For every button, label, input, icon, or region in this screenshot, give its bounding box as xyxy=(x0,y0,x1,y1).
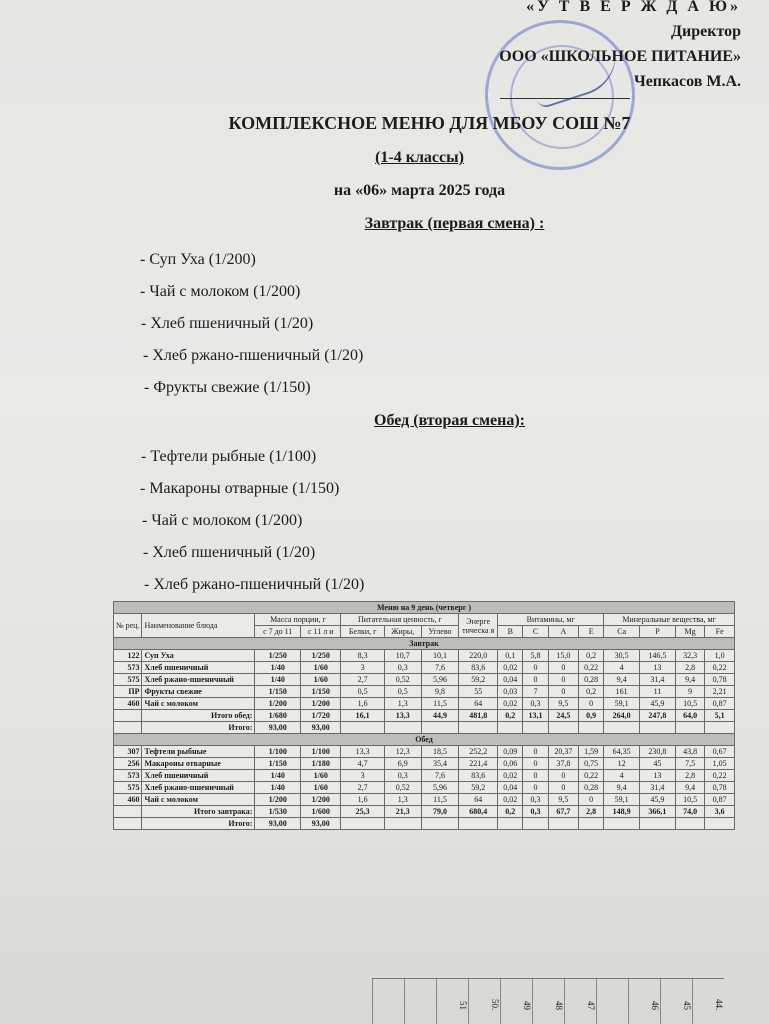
table-cell: 575 xyxy=(114,782,142,794)
col-mineral: Fe xyxy=(705,626,735,638)
table-cell: 11,5 xyxy=(421,698,458,710)
breakfast-item: - Хлеб пшеничный (1/20) xyxy=(141,315,313,333)
table-cell xyxy=(705,818,735,830)
table-cell: 9,4 xyxy=(604,674,640,686)
table-cell: 13,1 xyxy=(523,710,548,722)
table-cell: 0,2 xyxy=(498,710,523,722)
lunch-item: - Макароны отварные (1/150) xyxy=(140,480,339,498)
approval-heading: «У Т В Е Р Ж Д А Ю» xyxy=(499,0,741,19)
sheet-column xyxy=(372,979,404,1024)
table-row: 122Суп Уха1/2501/2508,310,710,1220,00,15… xyxy=(114,650,735,662)
document-page: «У Т В Е Р Ж Д А Ю» Директор ООО «ШКОЛЬН… xyxy=(0,0,769,1024)
col-fat: Жиры, xyxy=(384,626,421,638)
col-vitamin: A xyxy=(548,626,579,638)
table-cell: 18,5 xyxy=(421,746,458,758)
table-cell: 0,75 xyxy=(579,758,604,770)
table-cell: 11,5 xyxy=(421,794,458,806)
table-cell: 0,03 xyxy=(498,686,523,698)
table-cell: 45 xyxy=(640,758,676,770)
table-cell: 59,2 xyxy=(459,674,498,686)
table-cell: 0,04 xyxy=(498,782,523,794)
table-cell xyxy=(523,722,548,734)
breakfast-item: - Фрукты свежие (1/150) xyxy=(144,379,311,397)
table-row: 573Хлеб пшеничный1/401/6030,37,683,60,02… xyxy=(114,662,735,674)
grades: (1-4 классы) xyxy=(0,149,769,167)
lunch-item: - Тефтели рыбные (1/100) xyxy=(141,448,316,466)
table-cell: 256 xyxy=(114,758,142,770)
table-cell: 307 xyxy=(114,746,142,758)
table-cell: 32,3 xyxy=(675,650,705,662)
table-cell xyxy=(498,722,523,734)
table-cell: 0,5 xyxy=(341,686,384,698)
lunch-item: - Хлеб ржано-пшеничный (1/20) xyxy=(144,576,364,594)
table-row: 575Хлеб ржано-пшеничный1/401/602,70,525,… xyxy=(114,782,735,794)
table-cell: Хлеб пшеничный xyxy=(142,770,255,782)
table-cell xyxy=(459,722,498,734)
table-row: 307Тефтели рыбные1/1001/10013,312,318,52… xyxy=(114,746,735,758)
table-cell: 0,3 xyxy=(384,662,421,674)
table-cell xyxy=(705,722,735,734)
sheet-column: 51 xyxy=(436,979,468,1024)
table-cell: 0,78 xyxy=(705,782,735,794)
table-cell: 0 xyxy=(548,782,579,794)
table-cell: 64 xyxy=(459,794,498,806)
table-cell: 8,3 xyxy=(341,650,384,662)
table-cell: 1/40 xyxy=(255,674,301,686)
table-cell: 230,8 xyxy=(640,746,676,758)
table-cell: 1/150 xyxy=(255,758,301,770)
table-cell xyxy=(421,722,458,734)
table-cell xyxy=(579,818,604,830)
table-cell: 1,05 xyxy=(705,758,735,770)
table-cell: 1/200 xyxy=(255,794,301,806)
table-cell xyxy=(498,818,523,830)
table-cell: 9,4 xyxy=(604,782,640,794)
table-cell: 680,4 xyxy=(459,806,498,818)
table-cell: 573 xyxy=(114,662,142,674)
table-cell: 1/40 xyxy=(255,662,301,674)
table-cell xyxy=(604,722,640,734)
table-cell: 64,0 xyxy=(675,710,705,722)
table-cell: 575 xyxy=(114,674,142,686)
table-cell: 122 xyxy=(114,650,142,662)
table-cell: 2,7 xyxy=(341,782,384,794)
table-cell: 0 xyxy=(579,794,604,806)
date-line: на «06» марта 2025 года xyxy=(0,182,769,200)
table-cell: 1/250 xyxy=(301,650,341,662)
table-cell: 1/150 xyxy=(301,686,341,698)
table-cell: 21,3 xyxy=(384,806,421,818)
col-vitamin: B xyxy=(498,626,523,638)
table-cell: 31,4 xyxy=(640,782,676,794)
table-cell: 67,7 xyxy=(548,806,579,818)
table-cell: 25,3 xyxy=(341,806,384,818)
table-cell: 0,52 xyxy=(384,782,421,794)
table-cell: 1/60 xyxy=(301,770,341,782)
table-cell xyxy=(675,818,705,830)
table-cell: 24,5 xyxy=(548,710,579,722)
table-cell: 5,96 xyxy=(421,782,458,794)
table-cell xyxy=(114,818,142,830)
table-cell: 11 xyxy=(640,686,676,698)
total-row: Итого:93,0093,00 xyxy=(114,818,735,830)
table-cell xyxy=(640,722,676,734)
table-cell: 20,37 xyxy=(548,746,579,758)
table-cell: 2,8 xyxy=(675,770,705,782)
table-cell: 10,5 xyxy=(675,794,705,806)
table-cell: 35,4 xyxy=(421,758,458,770)
table-cell: 9,4 xyxy=(675,674,705,686)
table-cell: 45,9 xyxy=(640,794,676,806)
table-cell: Чай с молоком xyxy=(142,794,255,806)
table-cell xyxy=(459,818,498,830)
table-cell: 161 xyxy=(604,686,640,698)
table-cell: 1/200 xyxy=(301,794,341,806)
col-mineral: Mg xyxy=(675,626,705,638)
col-vitamins: Витамины, мг xyxy=(498,614,604,626)
underlying-sheet: 5150.494847464544. xyxy=(372,978,724,1024)
table-cell: 1/680 xyxy=(255,710,301,722)
table-cell: 366,1 xyxy=(640,806,676,818)
sheet-column xyxy=(404,979,436,1024)
breakfast-item: - Чай с молоком (1/200) xyxy=(140,283,300,301)
document-title: КОМПЛЕКСНОЕ МЕНЮ ДЛЯ МБОУ СОШ №7 xyxy=(0,113,769,134)
table-cell: 247,8 xyxy=(640,710,676,722)
table-cell: 6,9 xyxy=(384,758,421,770)
table-cell: 0,28 xyxy=(579,674,604,686)
table-cell: 0 xyxy=(523,662,548,674)
table-cell: 9,4 xyxy=(675,782,705,794)
table-cell: 0,04 xyxy=(498,674,523,686)
table-cell: 16,1 xyxy=(341,710,384,722)
table-cell: 59,2 xyxy=(459,782,498,794)
sheet-column: 45 xyxy=(660,979,692,1024)
table-cell: 1/60 xyxy=(301,782,341,794)
col-mass-b: с 11 л и xyxy=(301,626,341,638)
table-cell: 0,1 xyxy=(498,650,523,662)
table-cell: 12,3 xyxy=(384,746,421,758)
table-cell xyxy=(384,818,421,830)
table-cell: 45,9 xyxy=(640,698,676,710)
table-cell: 5,1 xyxy=(705,710,735,722)
table-cell: 4,7 xyxy=(341,758,384,770)
sheet-column: 48 xyxy=(532,979,564,1024)
subtotal-row: Итого обед:1/6801/72016,113,344,9481,80,… xyxy=(114,710,735,722)
table-cell: 0,22 xyxy=(705,662,735,674)
lunch-item: - Чай с молоком (1/200) xyxy=(142,512,302,530)
table-cell: Хлеб пшеничный xyxy=(142,662,255,674)
table-cell xyxy=(341,818,384,830)
table-cell: 13 xyxy=(640,770,676,782)
table-cell: 481,8 xyxy=(459,710,498,722)
table-cell: 221,4 xyxy=(459,758,498,770)
table-cell xyxy=(523,818,548,830)
col-nutrition: Питательная ценность, г xyxy=(341,614,459,626)
table-cell: 0,02 xyxy=(498,662,523,674)
table-cell: 0,87 xyxy=(705,794,735,806)
table-cell: 0,2 xyxy=(498,806,523,818)
table-cell: 146,5 xyxy=(640,650,676,662)
table-cell xyxy=(548,722,579,734)
table-cell: 1/60 xyxy=(301,674,341,686)
table-cell: 2,21 xyxy=(705,686,735,698)
table-cell xyxy=(384,722,421,734)
col-vitamin: C xyxy=(523,626,548,638)
approval-block: «У Т В Е Р Ж Д А Ю» Директор ООО «ШКОЛЬН… xyxy=(499,0,741,94)
table-cell: 2,8 xyxy=(579,806,604,818)
table-cell: 573 xyxy=(114,770,142,782)
table-cell: 12 xyxy=(604,758,640,770)
table-cell: 0 xyxy=(548,674,579,686)
table-cell: 13,3 xyxy=(341,746,384,758)
table-cell: 1,6 xyxy=(341,698,384,710)
table-cell: Чай с молоком xyxy=(142,698,255,710)
sheet-column: 50. xyxy=(468,979,500,1024)
breakfast-heading: Завтрак (первая смена) : xyxy=(0,215,769,233)
col-name: Наименование блюда xyxy=(142,614,255,638)
table-cell: 1,6 xyxy=(341,794,384,806)
approval-position: Директор xyxy=(499,19,741,44)
table-cell: 1/60 xyxy=(301,662,341,674)
table-cell: 64 xyxy=(459,698,498,710)
table-cell: 0 xyxy=(548,662,579,674)
table-cell: 0,78 xyxy=(705,674,735,686)
col-protein: Белки, г xyxy=(341,626,384,638)
sheet-column: 44. xyxy=(692,979,724,1024)
table-cell: 9,5 xyxy=(548,794,579,806)
table-cell: 5,8 xyxy=(523,650,548,662)
table-cell: 93,00 xyxy=(255,818,301,830)
table-cell: Итого обед: xyxy=(142,710,255,722)
table-cell: 10,7 xyxy=(384,650,421,662)
table-cell: 0 xyxy=(548,686,579,698)
table-cell: 7,6 xyxy=(421,662,458,674)
table-cell xyxy=(579,722,604,734)
total-row: Итого:93,0093,00 xyxy=(114,722,735,734)
table-cell: 0,3 xyxy=(523,698,548,710)
table-cell: Фрукты свежие xyxy=(142,686,255,698)
table-cell: 44,9 xyxy=(421,710,458,722)
table-cell: 1,59 xyxy=(579,746,604,758)
table-cell: 37,8 xyxy=(548,758,579,770)
table-cell: 0 xyxy=(523,674,548,686)
table-cell: 0,28 xyxy=(579,782,604,794)
table-cell: 148,9 xyxy=(604,806,640,818)
table-cell xyxy=(114,722,142,734)
table-cell: 10,5 xyxy=(675,698,705,710)
table-row: 573Хлеб пшеничный1/401/6030,37,683,60,02… xyxy=(114,770,735,782)
table-cell: 4 xyxy=(604,770,640,782)
section-header: Обед xyxy=(114,734,735,746)
table-cell xyxy=(114,710,142,722)
table-cell: Итого завтрака: xyxy=(142,806,255,818)
table-cell: 93,00 xyxy=(301,722,341,734)
table-cell xyxy=(341,722,384,734)
table-row: 575Хлеб ржано-пшеничный1/401/602,70,525,… xyxy=(114,674,735,686)
col-vitamin: E xyxy=(579,626,604,638)
menu-table: Меню на 9 день (четверг ) № рец. Наимено… xyxy=(113,601,735,830)
table-cell: 83,6 xyxy=(459,662,498,674)
table-row: 256Макароны отварные1/1501/1804,76,935,4… xyxy=(114,758,735,770)
table-cell: 10,1 xyxy=(421,650,458,662)
table-cell: 2,7 xyxy=(341,674,384,686)
table-cell: 1,3 xyxy=(384,794,421,806)
table-cell: Макароны отварные xyxy=(142,758,255,770)
table-cell: 0,52 xyxy=(384,674,421,686)
table-cell: 1/200 xyxy=(301,698,341,710)
table-cell: Итого: xyxy=(142,818,255,830)
table-cell: 0,22 xyxy=(579,662,604,674)
table-cell: 4 xyxy=(604,662,640,674)
table-cell: 0,22 xyxy=(705,770,735,782)
table-cell: 3 xyxy=(341,662,384,674)
breakfast-item: - Хлеб ржано-пшеничный (1/20) xyxy=(143,347,363,365)
table-cell: 0,2 xyxy=(579,650,604,662)
table-cell: 0,06 xyxy=(498,758,523,770)
table-cell: Итого: xyxy=(142,722,255,734)
table-cell: Хлеб ржано-пшеничный xyxy=(142,782,255,794)
col-energy: Энерге тическа я xyxy=(459,614,498,638)
sheet-column: 49 xyxy=(500,979,532,1024)
lunch-heading: Обед (вторая смена): xyxy=(0,412,769,430)
table-cell: 1/600 xyxy=(301,806,341,818)
table-cell: 264,0 xyxy=(604,710,640,722)
table-cell xyxy=(548,818,579,830)
table-cell: 1/720 xyxy=(301,710,341,722)
table-cell: 1,3 xyxy=(384,698,421,710)
col-mineral: Ca xyxy=(604,626,640,638)
approval-org: ООО «ШКОЛЬНОЕ ПИТАНИЕ» xyxy=(499,44,741,69)
table-cell: 1,0 xyxy=(705,650,735,662)
table-cell: 9,5 xyxy=(548,698,579,710)
sheet-column: 47 xyxy=(564,979,596,1024)
table-cell xyxy=(421,818,458,830)
table-cell: 1/250 xyxy=(255,650,301,662)
table-row: 460Чай с молоком1/2001/2001,61,311,5640,… xyxy=(114,698,735,710)
table-cell: 0 xyxy=(523,758,548,770)
lunch-item: - Хлеб пшеничный (1/20) xyxy=(143,544,315,562)
col-mineral: P xyxy=(640,626,676,638)
table-cell: 0,87 xyxy=(705,698,735,710)
table-cell: 9,8 xyxy=(421,686,458,698)
table-cell: Хлеб ржано-пшеничный xyxy=(142,674,255,686)
table-cell: 31,4 xyxy=(640,674,676,686)
table-cell: 7,5 xyxy=(675,758,705,770)
table-cell: 64,35 xyxy=(604,746,640,758)
table-cell: 0 xyxy=(579,698,604,710)
table-cell: 74,0 xyxy=(675,806,705,818)
col-mass: Масса порции, г xyxy=(255,614,341,626)
table-cell: 13,3 xyxy=(384,710,421,722)
table-caption: Меню на 9 день (четверг ) xyxy=(114,602,735,614)
table-cell: 0,3 xyxy=(523,806,548,818)
table-cell: 1/530 xyxy=(255,806,301,818)
table-cell: 252,2 xyxy=(459,746,498,758)
table-cell: 460 xyxy=(114,698,142,710)
table-cell: Суп Уха xyxy=(142,650,255,662)
table-row: ПРФрукты свежие1/1501/1500,50,59,8550,03… xyxy=(114,686,735,698)
table-cell xyxy=(114,806,142,818)
signature-line xyxy=(500,98,630,99)
table-cell: 93,00 xyxy=(255,722,301,734)
table-cell: 59,1 xyxy=(604,794,640,806)
sheet-column: 46 xyxy=(628,979,660,1024)
table-cell: 13 xyxy=(640,662,676,674)
table-cell: 30,5 xyxy=(604,650,640,662)
table-cell: 0 xyxy=(548,770,579,782)
table-cell: 9 xyxy=(675,686,705,698)
table-cell: 220,0 xyxy=(459,650,498,662)
col-mass-a: с 7 до 11 xyxy=(255,626,301,638)
section-header: Завтрак xyxy=(114,638,735,650)
table-cell: 460 xyxy=(114,794,142,806)
table-cell: 83,6 xyxy=(459,770,498,782)
table-cell: 15,0 xyxy=(548,650,579,662)
table-cell: 5,96 xyxy=(421,674,458,686)
table-cell xyxy=(640,818,676,830)
table-cell: 0,02 xyxy=(498,770,523,782)
table-cell: 0 xyxy=(523,746,548,758)
table-cell: 79,0 xyxy=(421,806,458,818)
table-cell: 7,6 xyxy=(421,770,458,782)
table-cell xyxy=(675,722,705,734)
table-cell: 0,02 xyxy=(498,698,523,710)
table-cell: 1/100 xyxy=(301,746,341,758)
table-row: 460Чай с молоком1/2001/2001,61,311,5640,… xyxy=(114,794,735,806)
table-cell: 93,00 xyxy=(301,818,341,830)
col-num: № рец. xyxy=(114,614,142,638)
table-cell: 7 xyxy=(523,686,548,698)
table-cell: 1/150 xyxy=(255,686,301,698)
table-cell: 0,5 xyxy=(384,686,421,698)
table-cell xyxy=(604,818,640,830)
table-cell: 0,9 xyxy=(579,710,604,722)
table-cell: 0 xyxy=(523,770,548,782)
col-carbs: Углево xyxy=(421,626,458,638)
table-cell: 1/100 xyxy=(255,746,301,758)
table-cell: 59,1 xyxy=(604,698,640,710)
breakfast-item: - Суп Уха (1/200) xyxy=(140,251,256,269)
table-cell: 0 xyxy=(523,782,548,794)
table-cell: 0,22 xyxy=(579,770,604,782)
table-cell: 43,8 xyxy=(675,746,705,758)
table-cell: 0,3 xyxy=(523,794,548,806)
table-cell: 0,02 xyxy=(498,794,523,806)
table-cell: ПР xyxy=(114,686,142,698)
table-cell: 0,67 xyxy=(705,746,735,758)
table-cell: 0,2 xyxy=(579,686,604,698)
table-cell: 3,6 xyxy=(705,806,735,818)
table-cell: 1/180 xyxy=(301,758,341,770)
table-cell: 3 xyxy=(341,770,384,782)
col-minerals: Минеральные вещества, мг xyxy=(604,614,735,626)
table-cell: 1/200 xyxy=(255,698,301,710)
sheet-column xyxy=(596,979,628,1024)
approval-signer: Чепкасов М.А. xyxy=(499,69,741,94)
table-cell: 1/40 xyxy=(255,770,301,782)
table-cell: 0,09 xyxy=(498,746,523,758)
table-cell: 1/40 xyxy=(255,782,301,794)
table-cell: 0,3 xyxy=(384,770,421,782)
subtotal-row: Итого завтрака:1/5301/60025,321,379,0680… xyxy=(114,806,735,818)
table-cell: Тефтели рыбные xyxy=(142,746,255,758)
table-cell: 55 xyxy=(459,686,498,698)
table-cell: 2,8 xyxy=(675,662,705,674)
